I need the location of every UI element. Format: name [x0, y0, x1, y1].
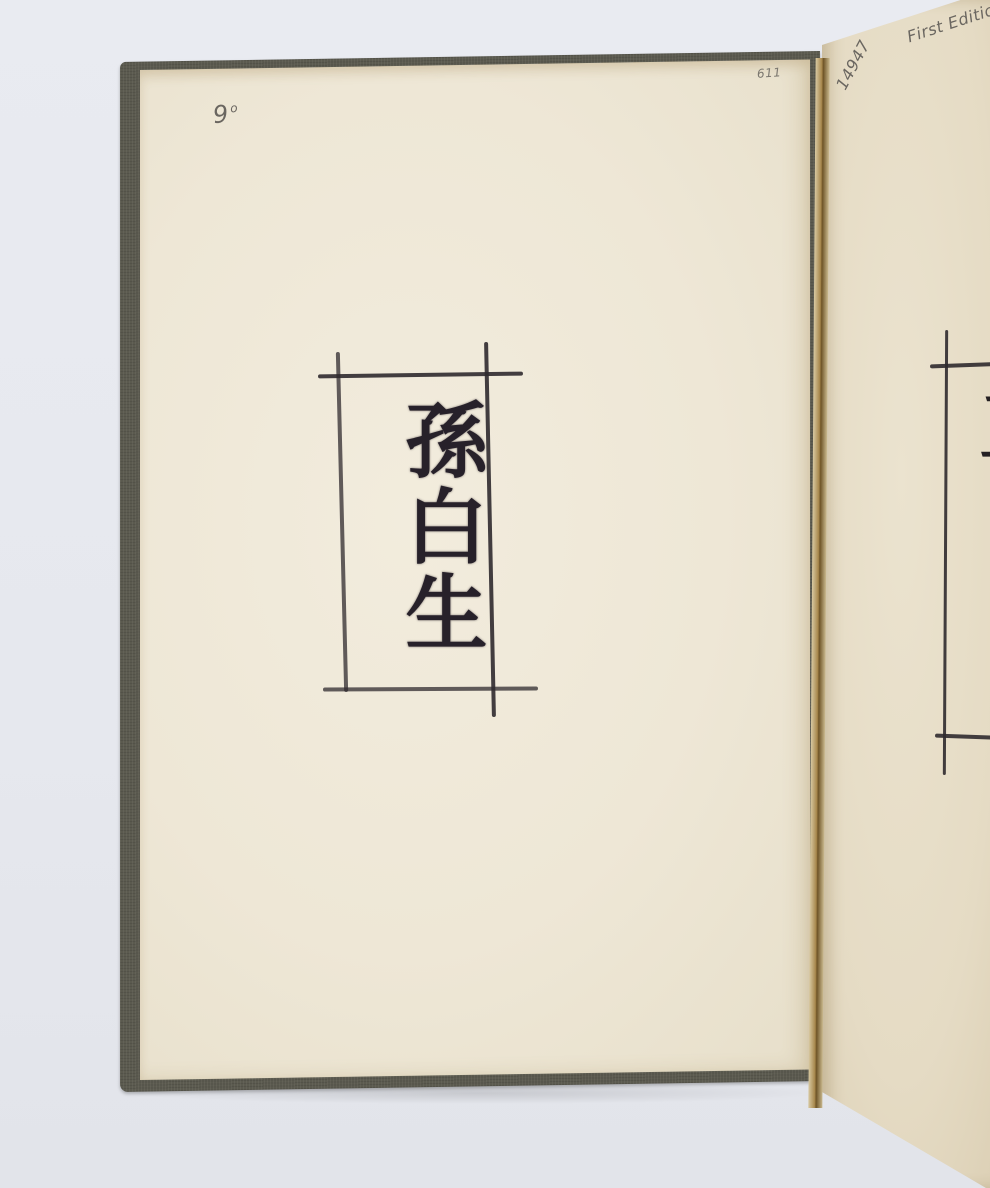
- pencil-mark-9-text: 9: [212, 100, 231, 129]
- pencil-mark-611: 611: [757, 65, 782, 81]
- right-border-line-top: [930, 362, 990, 369]
- calligraphy-title: 孫白生: [366, 398, 486, 656]
- right-calligraphy-block: 三白: [930, 325, 990, 785]
- calligraphy-title-block: 孫白生: [318, 340, 538, 720]
- pencil-mark-9-super: o: [229, 101, 238, 116]
- right-border-line-vertical: [943, 330, 948, 775]
- border-line-top: [318, 372, 523, 379]
- border-line-bottom: [323, 686, 538, 691]
- book-photo: 9o 611 14947 First Edition 孫白生 三白: [0, 0, 990, 1188]
- right-calligraphy-title: 三白: [958, 385, 990, 545]
- pencil-mark-9: 9o: [212, 99, 240, 130]
- border-line-left: [336, 352, 348, 692]
